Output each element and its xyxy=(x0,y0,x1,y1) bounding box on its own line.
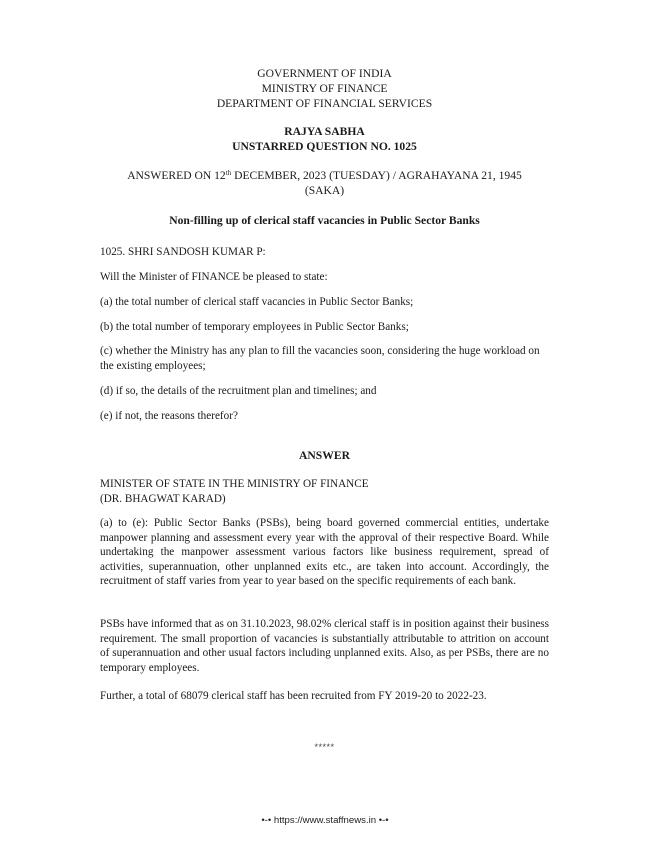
question-asker: 1025. SHRI SANDOSH KUMAR P: xyxy=(100,245,549,260)
department-heading: DEPARTMENT OF FINANCIAL SERVICES xyxy=(100,96,549,112)
question-part-d: (d) if so, the details of the recruitmen… xyxy=(100,384,549,399)
question-number: UNSTARRED QUESTION NO. 1025 xyxy=(100,139,549,155)
ministry-heading: MINISTRY OF FINANCE xyxy=(100,81,549,97)
question-part-a: (a) the total number of clerical staff v… xyxy=(100,295,549,310)
answered-date: ANSWERED ON 12th DECEMBER, 2023 (TUESDAY… xyxy=(100,168,549,184)
answer-paragraph-3: Further, a total of 68079 clerical staff… xyxy=(100,689,549,704)
house-heading: RAJYA SABHA xyxy=(100,124,549,140)
minister-name: (DR. BHAGWAT KARAD) xyxy=(100,492,549,507)
answer-heading: ANSWER xyxy=(100,448,549,464)
question-subject: Non-filling up of clerical staff vacanci… xyxy=(100,213,549,229)
question-intro: Will the Minister of FINANCE be pleased … xyxy=(100,270,549,285)
answer-paragraph-1: (a) to (e): Public Sector Banks (PSBs), … xyxy=(100,516,549,589)
question-part-e: (e) if not, the reasons therefor? xyxy=(100,409,549,424)
minister-title: MINISTER OF STATE IN THE MINISTRY OF FIN… xyxy=(100,477,549,492)
end-marker: ***** xyxy=(100,742,549,752)
footer-link[interactable]: •-• https://www.staffnews.in •-• xyxy=(0,815,650,826)
govt-heading: GOVERNMENT OF INDIA xyxy=(100,66,549,82)
question-part-c: (c) whether the Ministry has any plan to… xyxy=(100,344,549,373)
answered-date-saka: (SAKA) xyxy=(100,183,549,199)
answer-paragraph-2: PSBs have informed that as on 31.10.2023… xyxy=(100,617,549,675)
question-part-b: (b) the total number of temporary employ… xyxy=(100,320,549,335)
